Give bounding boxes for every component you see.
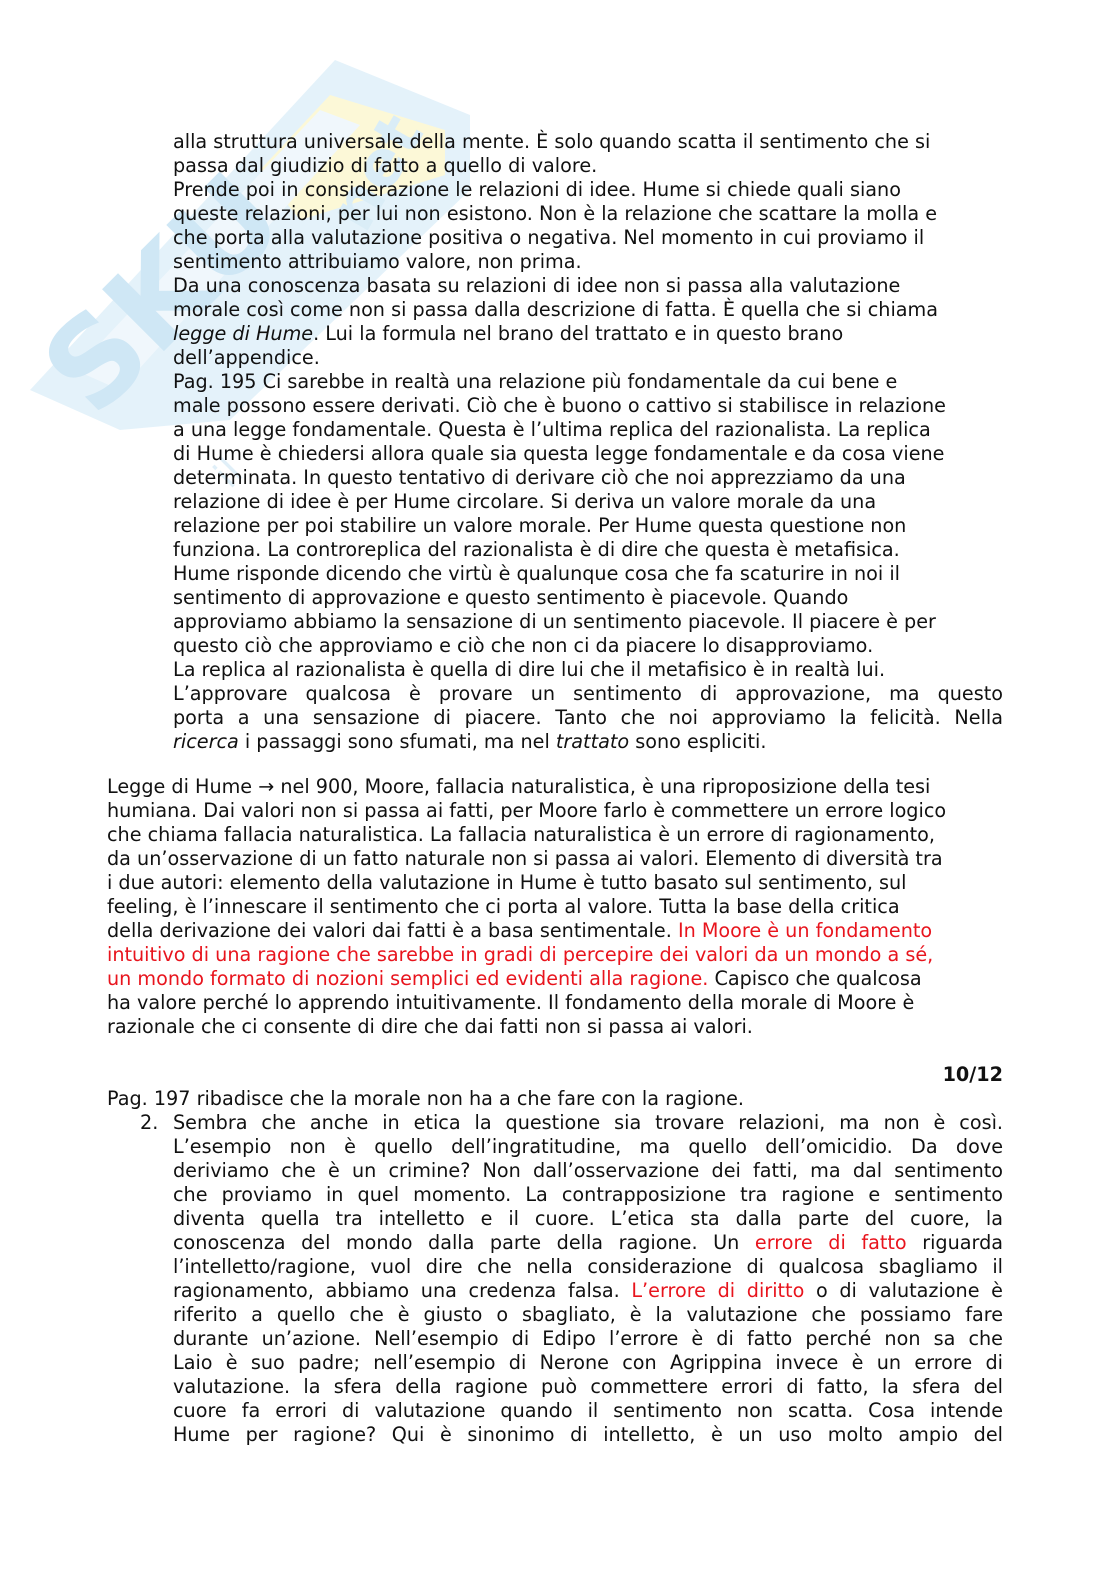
- italic-text: ricerca: [173, 730, 239, 753]
- text-line: diventa quella tra intelletto e il cuore…: [173, 1207, 1003, 1231]
- text-segment: . Lui la formula nel brano del trattato …: [313, 322, 843, 345]
- text-line: della derivazione dei valori dai fatti è…: [107, 919, 1003, 943]
- text-segment: Sembra che anche in etica la questione s…: [173, 1111, 1003, 1134]
- text-segment: passa dal giudizio di fatto a quello di …: [173, 154, 597, 177]
- text-line: a una legge fondamentale. Questa è l’ult…: [173, 418, 1003, 442]
- text-line: relazione di idee è per Hume circolare. …: [173, 490, 1003, 514]
- list-number: 2.: [140, 1111, 158, 1135]
- text-segment: Prende poi in considerazione le relazion…: [173, 178, 901, 201]
- text-line: approviamo abbiamo la sensazione di un s…: [173, 610, 1003, 634]
- text-line: che proviamo in quel momento. La contrap…: [173, 1183, 1003, 1207]
- highlighted-text: In Moore è un fondamento: [678, 919, 932, 942]
- text-segment: i passaggi sono sfumati, ma nel: [239, 730, 556, 753]
- text-segment: Hume risponde dicendo che virtù è qualun…: [173, 562, 900, 585]
- text-segment: sentimento attribuiamo valore, non prima…: [173, 250, 582, 273]
- text-segment: che proviamo in quel momento. La contrap…: [173, 1183, 1003, 1206]
- text-segment: queste relazioni, per lui non esistono. …: [173, 202, 937, 225]
- text-segment: Capisco che qualcosa: [708, 967, 921, 990]
- text-segment: diventa quella tra intelletto e il cuore…: [173, 1207, 1003, 1230]
- text-line: ragionamento, abbiamo una credenza falsa…: [173, 1279, 1003, 1303]
- text-line: i due autori: elemento della valutazione…: [107, 871, 1003, 895]
- highlighted-text: L’errore di diritto: [631, 1279, 804, 1302]
- text-segment: riferito a quello che è giusto o sbaglia…: [173, 1303, 1003, 1326]
- text-line: ricerca i passaggi sono sfumati, ma nel …: [173, 730, 1003, 754]
- text-line: che porta alla valutazione positiva o ne…: [173, 226, 1003, 250]
- highlighted-text: errore di fatto: [755, 1231, 907, 1254]
- text-line: durante un’azione. Nell’esempio di Edipo…: [173, 1327, 1003, 1351]
- text-line: legge di Hume. Lui la formula nel brano …: [173, 322, 1003, 346]
- text-segment: che chiama fallacia naturalistica. La fa…: [107, 823, 935, 846]
- text-segment: Pag. 195 Ci sarebbe in realtà una relazi…: [173, 370, 897, 393]
- text-line: Hume per ragione? Qui è sinonimo di inte…: [173, 1423, 1003, 1447]
- document-page: alla struttura universale della mente. È…: [0, 0, 1116, 1579]
- text-line: deriviamo che è un crimine? Non dall’oss…: [173, 1159, 1003, 1183]
- list-item-body: Sembra che anche in etica la questione s…: [173, 1111, 1003, 1447]
- text-line: funziona. La controreplica del razionali…: [173, 538, 1003, 562]
- notes-block-hume: alla struttura universale della mente. È…: [173, 130, 1003, 754]
- text-line: L’esempio non è quello dell’ingratitudin…: [173, 1135, 1003, 1159]
- text-line: passa dal giudizio di fatto a quello di …: [173, 154, 1003, 178]
- text-line: questo ciò che approviamo e ciò che non …: [173, 634, 1003, 658]
- text-segment: determinata. In questo tentativo di deri…: [173, 466, 906, 489]
- text-segment: porta a una sensazione di piacere. Tanto…: [173, 706, 1003, 729]
- text-line: L’approvare qualcosa è provare un sentim…: [173, 682, 1003, 706]
- text-segment: ha valore perché lo apprendo intuitivame…: [107, 991, 914, 1014]
- text-segment: ragionamento, abbiamo una credenza falsa…: [173, 1279, 631, 1302]
- text-line: queste relazioni, per lui non esistono. …: [173, 202, 1003, 226]
- text-segment: L’approvare qualcosa è provare un sentim…: [173, 682, 1003, 705]
- text-line: feeling, è l’innescare il sentimento che…: [107, 895, 1003, 919]
- text-line: razionale che ci consente di dire che da…: [107, 1015, 1003, 1039]
- text-segment: Da una conoscenza basata su relazioni di…: [173, 274, 900, 297]
- text-segment: dell’appendice.: [173, 346, 320, 369]
- text-line: Pag. 195 Ci sarebbe in realtà una relazi…: [173, 370, 1003, 394]
- text-segment: della derivazione dei valori dai fatti è…: [107, 919, 678, 942]
- text-segment: deriviamo che è un crimine? Non dall’oss…: [173, 1159, 1003, 1182]
- text-line: Da una conoscenza basata su relazioni di…: [173, 274, 1003, 298]
- text-segment: o di valutazione è: [804, 1279, 1003, 1302]
- text-segment: da un’osservazione di un fatto naturale …: [107, 847, 943, 870]
- text-line: da un’osservazione di un fatto naturale …: [107, 847, 1003, 871]
- text-line: che chiama fallacia naturalistica. La fa…: [107, 823, 1003, 847]
- text-segment: a una legge fondamentale. Questa è l’ult…: [173, 418, 931, 441]
- text-line: morale così come non si passa dalla desc…: [173, 298, 1003, 322]
- text-line: relazione per poi stabilire un valore mo…: [173, 514, 1003, 538]
- italic-text: legge di Hume: [173, 322, 313, 345]
- text-line: Sembra che anche in etica la questione s…: [173, 1111, 1003, 1135]
- text-line: di Hume è chiedersi allora quale sia que…: [173, 442, 1003, 466]
- text-line: intuitivo di una ragione che sarebbe in …: [107, 943, 1003, 967]
- text-segment: sono espliciti.: [629, 730, 766, 753]
- text-line: Prende poi in considerazione le relazion…: [173, 178, 1003, 202]
- text-line: un mondo formato di nozioni semplici ed …: [107, 967, 1003, 991]
- text-line: Hume risponde dicendo che virtù è qualun…: [173, 562, 1003, 586]
- text-segment: l’intelletto/ragione, vuol dire che nell…: [173, 1255, 1003, 1278]
- text-segment: riguarda: [907, 1231, 1003, 1254]
- page-number: 10/12: [943, 1063, 1003, 1087]
- text-segment: morale così come non si passa dalla desc…: [173, 298, 938, 321]
- text-line: valutazione. la sfera della ragione può …: [173, 1375, 1003, 1399]
- highlighted-text: intuitivo di una ragione che sarebbe in …: [107, 943, 933, 966]
- text-line: cuore fa errori di valutazione quando il…: [173, 1399, 1003, 1423]
- text-segment: approviamo abbiamo la sensazione di un s…: [173, 610, 936, 633]
- text-segment: di Hume è chiedersi allora quale sia que…: [173, 442, 945, 465]
- text-segment: humiana. Dai valori non si passa ai fatt…: [107, 799, 946, 822]
- notes-block-moore: Legge di Hume → nel 900, Moore, fallacia…: [107, 775, 1003, 1039]
- text-line: porta a una sensazione di piacere. Tanto…: [173, 706, 1003, 730]
- text-segment: conoscenza del mondo dalla parte della r…: [173, 1231, 755, 1254]
- text-segment: valutazione. la sfera della ragione può …: [173, 1375, 1003, 1398]
- text-line: Laio è suo padre; nell’esempio di Nerone…: [173, 1351, 1003, 1375]
- notes-line-pag197: Pag. 197 ribadisce che la morale non ha …: [107, 1087, 1003, 1111]
- text-segment: Laio è suo padre; nell’esempio di Nerone…: [173, 1351, 1003, 1374]
- text-line: humiana. Dai valori non si passa ai fatt…: [107, 799, 1003, 823]
- text-line: riferito a quello che è giusto o sbaglia…: [173, 1303, 1003, 1327]
- text-segment: cuore fa errori di valutazione quando il…: [173, 1399, 1003, 1422]
- text-line: l’intelletto/ragione, vuol dire che nell…: [173, 1255, 1003, 1279]
- text-segment: funziona. La controreplica del razionali…: [173, 538, 900, 561]
- text-line: male possono essere derivati. Ciò che è …: [173, 394, 1003, 418]
- text-segment: durante un’azione. Nell’esempio di Edipo…: [173, 1327, 1003, 1350]
- text-segment: L’esempio non è quello dell’ingratitudin…: [173, 1135, 1003, 1158]
- text-segment: razionale che ci consente di dire che da…: [107, 1015, 753, 1038]
- text-line: La replica al razionalista è quella di d…: [173, 658, 1003, 682]
- numbered-list-item: 2. Sembra che anche in etica la question…: [140, 1111, 1003, 1447]
- text-segment: Legge di Hume → nel 900, Moore, fallacia…: [107, 775, 930, 798]
- text-segment: relazione per poi stabilire un valore mo…: [173, 514, 906, 537]
- text-line: alla struttura universale della mente. È…: [173, 130, 1003, 154]
- text-segment: alla struttura universale della mente. È…: [173, 130, 930, 153]
- text-segment: La replica al razionalista è quella di d…: [173, 658, 885, 681]
- text-segment: male possono essere derivati. Ciò che è …: [173, 394, 946, 417]
- text-segment: che porta alla valutazione positiva o ne…: [173, 226, 924, 249]
- text-line: ha valore perché lo apprendo intuitivame…: [107, 991, 1003, 1015]
- text-line: sentimento attribuiamo valore, non prima…: [173, 250, 1003, 274]
- text-segment: Hume per ragione? Qui è sinonimo di inte…: [173, 1423, 1003, 1446]
- text-segment: questo ciò che approviamo e ciò che non …: [173, 634, 873, 657]
- text-line: Legge di Hume → nel 900, Moore, fallacia…: [107, 775, 1003, 799]
- text-line: dell’appendice.: [173, 346, 1003, 370]
- highlighted-text: un mondo formato di nozioni semplici ed …: [107, 967, 708, 990]
- text-segment: relazione di idee è per Hume circolare. …: [173, 490, 876, 513]
- italic-text: trattato: [556, 730, 629, 753]
- text-segment: feeling, è l’innescare il sentimento che…: [107, 895, 900, 918]
- text-line: conoscenza del mondo dalla parte della r…: [173, 1231, 1003, 1255]
- text-line: sentimento di approvazione e questo sent…: [173, 586, 1003, 610]
- text-segment: i due autori: elemento della valutazione…: [107, 871, 907, 894]
- text-segment: sentimento di approvazione e questo sent…: [173, 586, 848, 609]
- text-line: determinata. In questo tentativo di deri…: [173, 466, 1003, 490]
